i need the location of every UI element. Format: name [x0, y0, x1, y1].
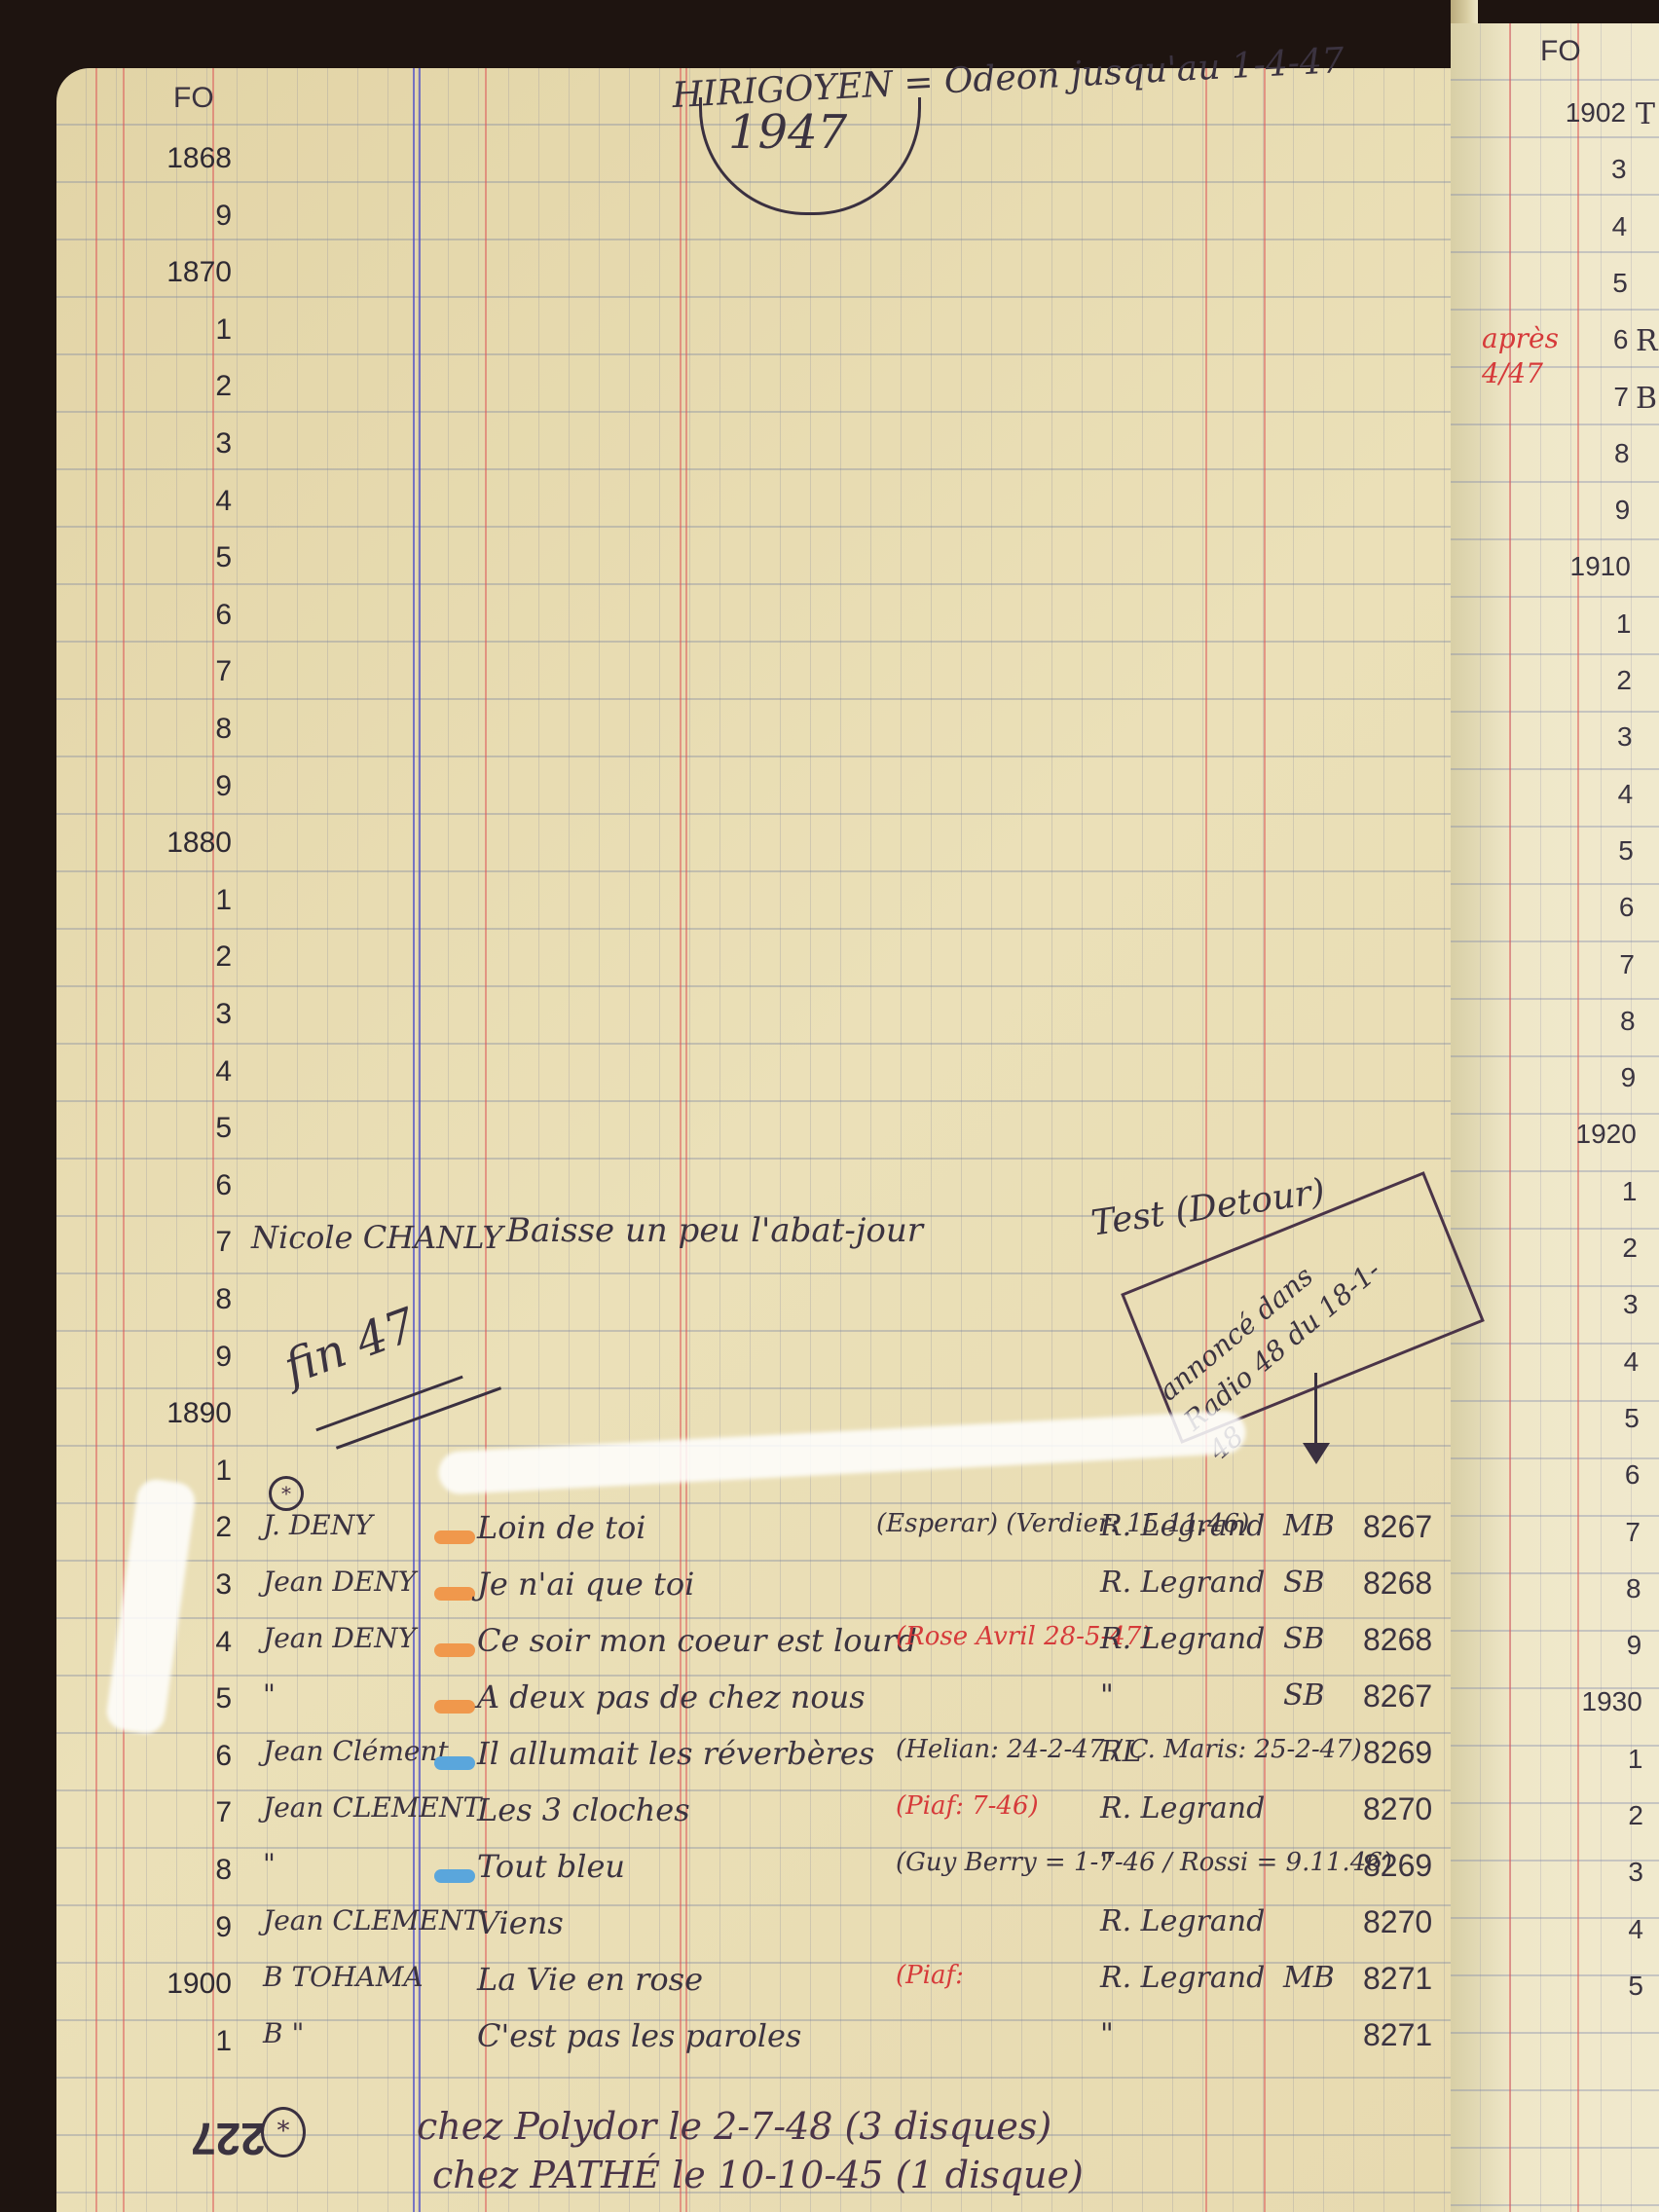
row-number: 1 [115, 313, 232, 347]
right-row-number: 1910 [1524, 551, 1631, 582]
row-number: 7 [115, 655, 232, 688]
entry-number: 8268 [1363, 1566, 1432, 1602]
entry-composer: R. Legrand [1100, 1622, 1265, 1656]
right-row-number: 2 [1530, 1233, 1638, 1264]
entry-composer: R. Legrand [1100, 1961, 1265, 1995]
right-row-number: 2 [1536, 1800, 1643, 1831]
entry-artist: B " [263, 2017, 304, 2049]
entry-artist: Jean DENY [263, 1622, 416, 1654]
row-number: 4 [115, 1055, 232, 1088]
entry-label: MB [1283, 1961, 1335, 1995]
right-row-number: 4 [1536, 1914, 1643, 1945]
entry-artist: Jean Clément [263, 1735, 449, 1767]
right-row-number: 5 [1532, 1403, 1640, 1434]
entry-title: La Vie en rose [477, 1961, 703, 1998]
row-number: 2 [115, 370, 232, 403]
entry-label: SB [1283, 1678, 1325, 1713]
right-row-number: 1930 [1535, 1686, 1642, 1717]
row-number: 1880 [115, 827, 232, 860]
row-number: 9 [115, 770, 232, 803]
entry-number: 8267 [1363, 1509, 1432, 1545]
entry-artist: Jean DENY [263, 1566, 416, 1598]
right-row-number: 8 [1529, 1006, 1636, 1037]
entry-1887-artist: Nicole CHANLY [251, 1219, 503, 1256]
entry-number: 8268 [1363, 1622, 1432, 1658]
entry-composer: R. Legrand [1100, 1566, 1265, 1600]
right-row-number: 5 [1527, 835, 1634, 866]
right-row-number: 5 [1521, 268, 1628, 299]
row-number: 3 [115, 427, 232, 461]
row-number: 9 [115, 1911, 232, 1944]
entry-title: A deux pas de chez nous [477, 1678, 866, 1715]
arrow-head-icon [1303, 1443, 1330, 1464]
row-number: 9 [115, 200, 232, 233]
row-number: 8 [115, 1854, 232, 1887]
right-row-number: 7 [1528, 949, 1635, 980]
row-number: 4 [115, 485, 232, 518]
entry-number: 8271 [1363, 1961, 1432, 1997]
right-row-text: B [1636, 382, 1657, 416]
right-row-number: 7 [1533, 1517, 1641, 1548]
entry-artist: Jean CLEMENT [263, 1791, 481, 1824]
entry-composer: R. Legrand [1100, 1791, 1265, 1825]
right-row-number: 4 [1520, 211, 1627, 242]
row-number: 1870 [115, 256, 232, 289]
entry-note: (Guy Berry = 1-7-46 / Rossi = 9.11.46) [896, 1848, 1110, 1877]
right-row-number: 1 [1524, 608, 1631, 640]
left-ledger-page [56, 68, 1473, 2212]
right-row-number: 3 [1536, 1857, 1643, 1888]
entry-note: (Piaf: 7-46) [896, 1791, 1039, 1821]
entry-title: Il allumait les réverbères [477, 1735, 874, 1772]
entry-note: (Helian: 24-2-47 / C. Maris: 25-2-47) [896, 1735, 1110, 1764]
entry-composer: RL [1100, 1735, 1142, 1769]
entry-artist: J. DENY [263, 1509, 373, 1541]
entry-composer: " [1100, 2017, 1114, 2051]
row-number: 7 [115, 1226, 232, 1259]
row-number: 1868 [115, 142, 232, 175]
entry-number: 8269 [1363, 1848, 1432, 1884]
right-row-number: 8 [1523, 438, 1630, 469]
entry-title: Les 3 cloches [477, 1791, 690, 1828]
entry-number: 8270 [1363, 1791, 1432, 1827]
row-number: 8 [115, 713, 232, 746]
entry-note: (Rose Avril 28-5-47) [896, 1622, 1110, 1651]
row-number: 7 [115, 1796, 232, 1829]
right-row-number: 1 [1530, 1176, 1637, 1207]
footer-line-1: chez Polydor le 2-7-48 (3 disques) [417, 2105, 1051, 2148]
entry-1887-title: Baisse un peu l'abat-jour [506, 1211, 923, 1250]
entry-number: 8267 [1363, 1678, 1432, 1714]
asterisk-circle-icon: * [269, 1476, 304, 1511]
blue-highlight-marker [434, 1756, 475, 1770]
entry-title: Je n'ai que toi [477, 1566, 694, 1603]
entry-title: Ce soir mon coeur est lourd [477, 1622, 917, 1659]
right-row-number: 9 [1529, 1062, 1636, 1093]
entry-number: 8270 [1363, 1904, 1432, 1940]
right-row-number: 1902 [1519, 97, 1626, 129]
asterisk-circle-icon: * [261, 2107, 306, 2157]
column-label-fo: FO [173, 82, 214, 115]
right-row-number: 6 [1527, 892, 1634, 923]
orange-highlight-marker [434, 1530, 475, 1544]
row-number: 6 [115, 1740, 232, 1773]
right-row-number: 1920 [1530, 1119, 1637, 1150]
right-row-number: 9 [1534, 1630, 1641, 1661]
entry-label: SB [1283, 1566, 1325, 1600]
entry-composer: R. Legrand [1100, 1904, 1265, 1938]
right-row-number: 6 [1532, 1459, 1640, 1491]
right-row-number: 5 [1536, 1971, 1643, 2002]
right-row-number: 4 [1531, 1346, 1639, 1378]
right-row-number: 8 [1534, 1573, 1641, 1604]
right-row-number: 6 [1521, 324, 1628, 355]
entry-artist: " [263, 1678, 276, 1711]
row-number: 6 [115, 599, 232, 632]
row-number: 9 [115, 1341, 232, 1374]
entry-number: 8271 [1363, 2017, 1432, 2053]
orange-highlight-marker [434, 1700, 475, 1714]
row-number: 2 [115, 940, 232, 974]
row-number: 3 [115, 998, 232, 1031]
entry-composer: R. Legrand [1100, 1509, 1265, 1543]
blue-highlight-marker [434, 1869, 475, 1883]
page-number: 227 [191, 2113, 266, 2165]
row-number: 5 [115, 1112, 232, 1145]
entry-title: Viens [477, 1904, 564, 1941]
row-number: 6 [115, 1169, 232, 1202]
entry-artist: Jean CLEMENT [263, 1904, 481, 1936]
right-row-number: 2 [1525, 665, 1632, 696]
right-column-label-fo: FO [1540, 35, 1581, 68]
orange-highlight-marker [434, 1587, 475, 1601]
right-row-text: R. [1636, 324, 1659, 358]
entry-title: Tout bleu [477, 1848, 625, 1885]
row-number: 1900 [115, 1968, 232, 2001]
row-number: 1 [115, 884, 232, 917]
entry-composer: " [1100, 1848, 1114, 1882]
footer-line-2: chez PATHÉ le 10-10-45 (1 disque) [432, 2154, 1084, 2196]
row-number: 5 [115, 541, 232, 574]
arrow-down-icon [1314, 1373, 1317, 1451]
entry-note: (Esperar) (Verdier: 15.11.46) [876, 1509, 1090, 1538]
entry-label: SB [1283, 1622, 1325, 1656]
row-number: 1 [115, 2025, 232, 2058]
entry-number: 8269 [1363, 1735, 1432, 1771]
entry-artist: B TOHAMA [263, 1961, 424, 1993]
entry-artist: " [263, 1848, 276, 1880]
right-row-number: 9 [1523, 495, 1630, 526]
right-row-number: 3 [1526, 721, 1633, 753]
orange-highlight-marker [434, 1643, 475, 1657]
row-number: 8 [115, 1283, 232, 1316]
right-row-number: 4 [1526, 779, 1633, 810]
right-row-text: T [1636, 97, 1655, 131]
entry-note: (Piaf: [896, 1961, 964, 1990]
entry-title: C'est pas les paroles [477, 2017, 801, 2054]
entry-title: Loin de toi [477, 1509, 645, 1546]
row-number: 1890 [115, 1397, 232, 1430]
right-row-number: 3 [1531, 1289, 1639, 1320]
right-row-number: 1 [1535, 1744, 1642, 1775]
entry-composer: " [1100, 1678, 1114, 1713]
entry-label: MB [1283, 1509, 1335, 1543]
right-row-number: 7 [1522, 382, 1629, 413]
right-row-number: 3 [1520, 154, 1627, 185]
